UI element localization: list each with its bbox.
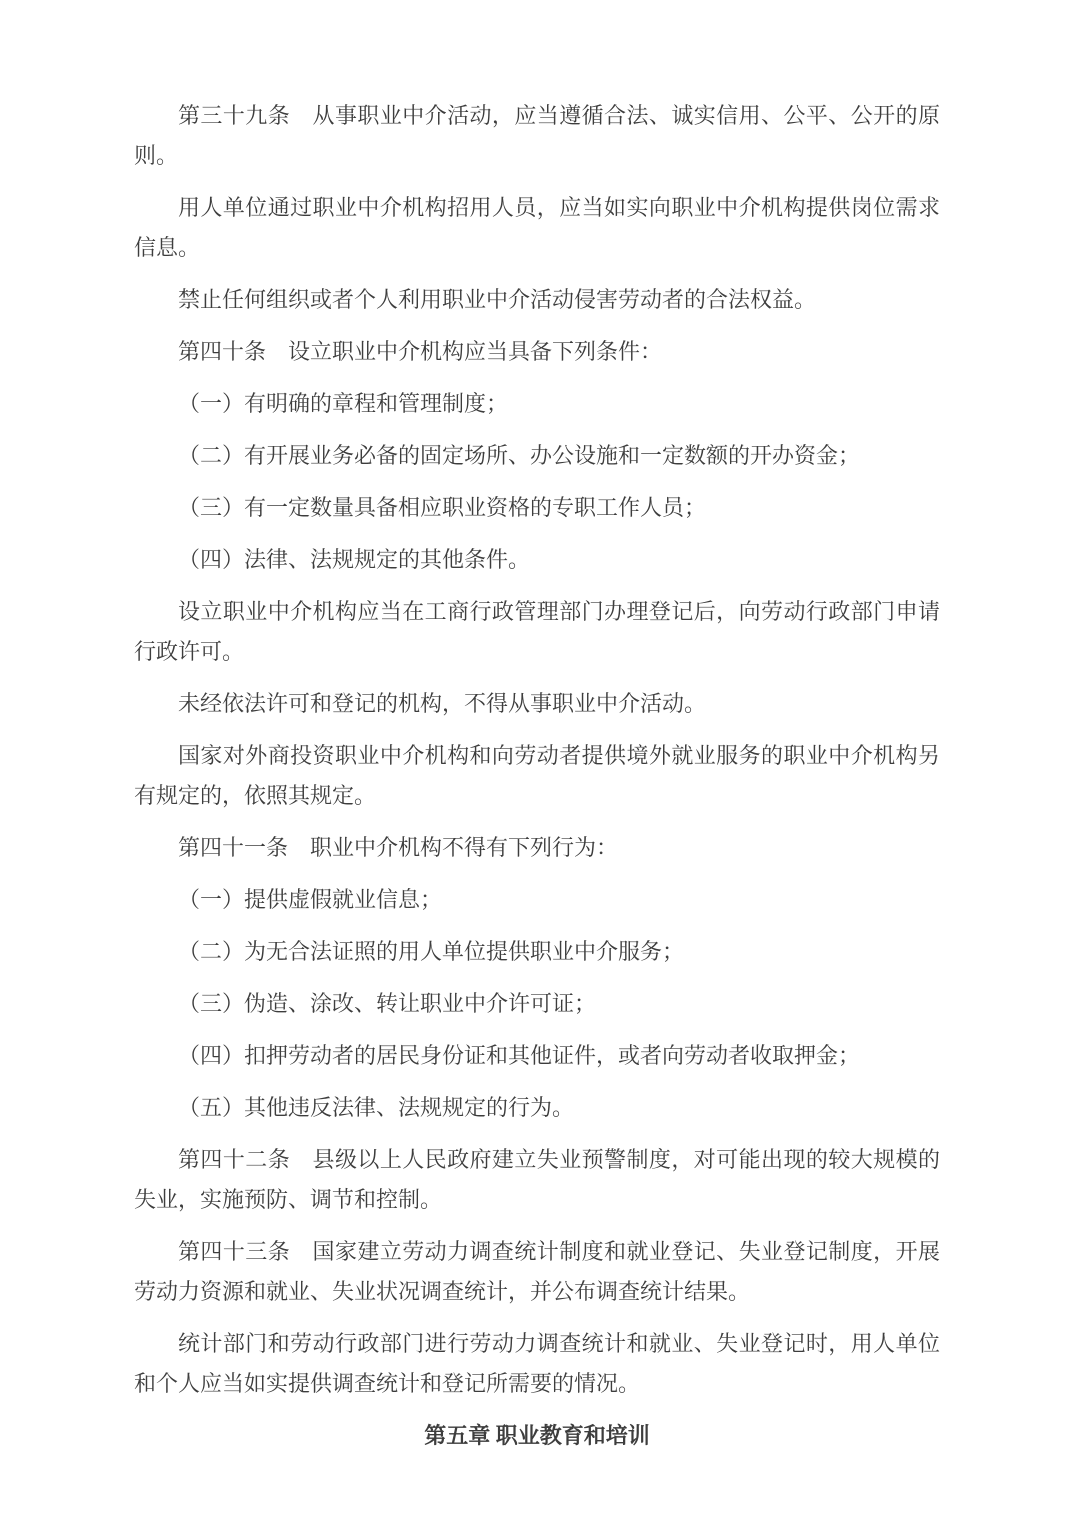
paragraph-article-40-clause-3: 未经依法许可和登记的机构，不得从事职业中介活动。: [134, 684, 940, 724]
paragraph-article-41-item-5: （五）其他违反法律、法规规定的行为。: [134, 1088, 940, 1128]
chapter-heading: 第五章 职业教育和培训: [134, 1416, 940, 1456]
paragraph-article-39: 第三十九条 从事职业中介活动，应当遵循合法、诚实信用、公平、公开的原则。: [134, 96, 940, 176]
paragraph-article-40-item-3: （三）有一定数量具备相应职业资格的专职工作人员；: [134, 488, 940, 528]
paragraph-article-40-item-1: （一）有明确的章程和管理制度；: [134, 384, 940, 424]
paragraph-article-39-clause-2: 用人单位通过职业中介机构招用人员，应当如实向职业中介机构提供岗位需求信息。: [134, 188, 940, 268]
paragraph-article-39-clause-3: 禁止任何组织或者个人利用职业中介活动侵害劳动者的合法权益。: [134, 280, 940, 320]
paragraph-article-41: 第四十一条 职业中介机构不得有下列行为：: [134, 828, 940, 868]
paragraph-article-42: 第四十二条 县级以上人民政府建立失业预警制度，对可能出现的较大规模的失业，实施预…: [134, 1140, 940, 1220]
paragraph-article-41-item-1: （一）提供虚假就业信息；: [134, 880, 940, 920]
paragraph-article-40-item-2: （二）有开展业务必备的固定场所、办公设施和一定数额的开办资金；: [134, 436, 940, 476]
paragraph-article-40-clause-4: 国家对外商投资职业中介机构和向劳动者提供境外就业服务的职业中介机构另有规定的，依…: [134, 736, 940, 816]
paragraph-article-41-item-2: （二）为无合法证照的用人单位提供职业中介服务；: [134, 932, 940, 972]
paragraph-article-40-clause-2: 设立职业中介机构应当在工商行政管理部门办理登记后，向劳动行政部门申请行政许可。: [134, 592, 940, 672]
paragraph-article-41-item-3: （三）伪造、涂改、转让职业中介许可证；: [134, 984, 940, 1024]
document-body: 第三十九条 从事职业中介活动，应当遵循合法、诚实信用、公平、公开的原则。 用人单…: [134, 96, 940, 1456]
paragraph-article-43-clause-2: 统计部门和劳动行政部门进行劳动力调查统计和就业、失业登记时，用人单位和个人应当如…: [134, 1324, 940, 1404]
paragraph-article-41-item-4: （四）扣押劳动者的居民身份证和其他证件，或者向劳动者收取押金；: [134, 1036, 940, 1076]
document-page: 第三十九条 从事职业中介活动，应当遵循合法、诚实信用、公平、公开的原则。 用人单…: [0, 0, 1074, 1520]
paragraph-article-40: 第四十条 设立职业中介机构应当具备下列条件：: [134, 332, 940, 372]
paragraph-article-40-item-4: （四）法律、法规规定的其他条件。: [134, 540, 940, 580]
paragraph-article-43: 第四十三条 国家建立劳动力调查统计制度和就业登记、失业登记制度，开展劳动力资源和…: [134, 1232, 940, 1312]
